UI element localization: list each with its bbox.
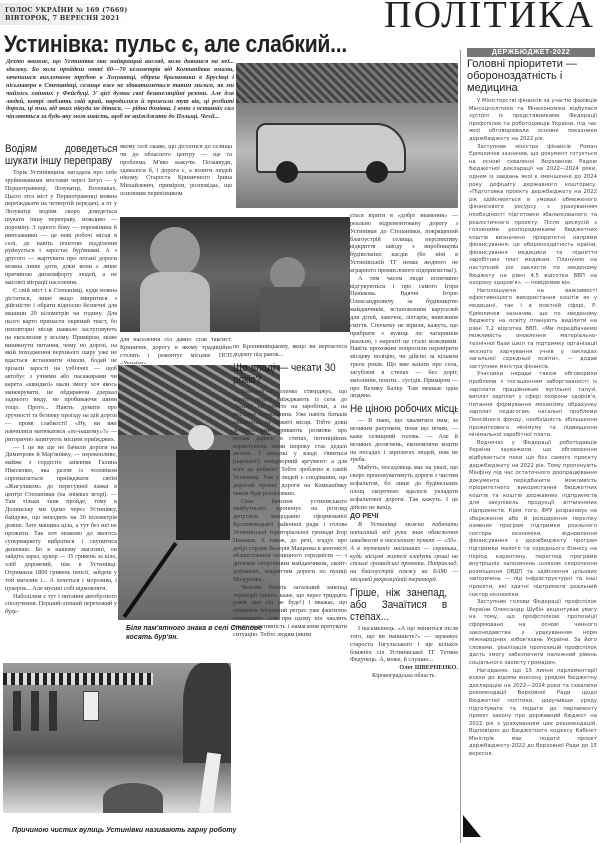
paragraph: Мабуть, посадовець має на увазі, що скор…	[350, 464, 458, 511]
masthead: ГОЛОС УКРАЇНИ № 169 (7669) ВІВТОРОК, 7 В…	[0, 0, 600, 30]
paragraph: Учасники наради також обговорили проблем…	[469, 371, 597, 439]
paragraph: по Кропивницькому, якщо ви вертаєтеся до…	[233, 343, 347, 359]
paragraph: Є свій міст і в Степанівці, куди можна д…	[5, 287, 117, 444]
subheading-2: Що владі — чекати 30 років?	[233, 362, 336, 386]
author-signature: Олег ШВЕРНЕНКО.	[350, 664, 458, 672]
article-lede: Дехто вважає, що Устинівка має найкращий…	[6, 58, 234, 121]
paragraph: Водночас у Федерації роботодавців Україн…	[469, 440, 597, 599]
corner-triangle-decoration	[463, 815, 481, 837]
paragraph: для населення сіл давно став таксист. Кр…	[120, 336, 232, 364]
sidebar-headline: Головні пріоритети — обороноздатність і …	[467, 58, 597, 94]
paragraph: якому селі скаже, що дістатися до селища…	[120, 143, 232, 198]
sidebar-body: У Міністерстві фінансів за участю фахівц…	[469, 98, 597, 838]
article-column-2-top: якому селі скаже, що дістатися до селища…	[120, 143, 232, 213]
issue-date: ВІВТОРОК, 7 ВЕРЕСНЯ 2021	[5, 14, 128, 22]
paragraph: Заступник голови Федерації профспілок Ук…	[469, 599, 597, 667]
article-headline: Устинівка: пульс є, але слабкий...	[4, 31, 347, 59]
photo-car-zhyhuli	[236, 63, 458, 208]
paper-name: ГОЛОС УКРАЇНИ № 169 (7669)	[5, 6, 128, 14]
photo-caption-streets: Причиною чистих вулиць Устинівки називаю…	[12, 826, 232, 835]
photo-street-building	[3, 663, 231, 813]
paragraph: — Я знаю, що хвалитися ним, за великим р…	[350, 417, 458, 464]
article-column-4: ється вірити в «добрі знамення» — реальн…	[350, 212, 458, 843]
paragraph: А тим часом люди позитивно відгукуються …	[350, 275, 458, 401]
paragraph: Наголошуючи на важливості ефективнішого …	[469, 288, 597, 372]
section-title: ПОЛІТИКА	[384, 0, 595, 32]
sidebar-tag: ДЕРЖБЮДЖЕТ-2022	[467, 48, 595, 57]
paragraph: — І це ви ще не бачили дороги на Димитро…	[5, 444, 117, 593]
subheading-3: Не ціною робочих місць	[350, 403, 447, 415]
paragraph: Нагадаємо, що 15 липня парламентарії взя…	[469, 668, 597, 759]
do-rechi-text: В Устинівці можна побачити написаний від…	[350, 521, 458, 584]
paragraph: ється вірити в «добрі знамення» — реальн…	[350, 212, 458, 275]
article-column-1: Водіям доведеться шукати іншу переправу …	[5, 140, 117, 648]
photo-residents	[120, 217, 350, 332]
paragraph: Торік Устинівщина нагадала про себе зруй…	[5, 169, 117, 287]
paragraph: Наболілим є тут і питання автобусного сп…	[5, 593, 117, 617]
do-rechi-label: ДО РЕЧІ	[350, 513, 458, 521]
wrap-spacer	[233, 405, 280, 620]
sidebar-budget-2022: ДЕРЖБЮДЖЕТ-2022 Головні пріоритети — обо…	[460, 50, 600, 843]
paragraph: І насамкінець. «А що зміниться після тог…	[350, 625, 458, 664]
author-region: Кіровоградська область.	[350, 672, 458, 680]
subheading-4: Гірше, ніж занепад, або Зачаїтися в степ…	[350, 587, 447, 623]
paragraph: У Міністерстві фінансів за участю фахівц…	[469, 98, 597, 144]
subheading-1: Водіям доведеться шукати іншу переправу	[5, 143, 117, 167]
paragraph: Заступник міністра фінансів Роман Єрмоли…	[469, 144, 597, 288]
article-column-2-mid: для населення сіл давно став таксист. Кр…	[120, 336, 232, 364]
issue-info: ГОЛОС УКРАЇНИ № 169 (7669) ВІВТОРОК, 7 В…	[5, 6, 128, 22]
